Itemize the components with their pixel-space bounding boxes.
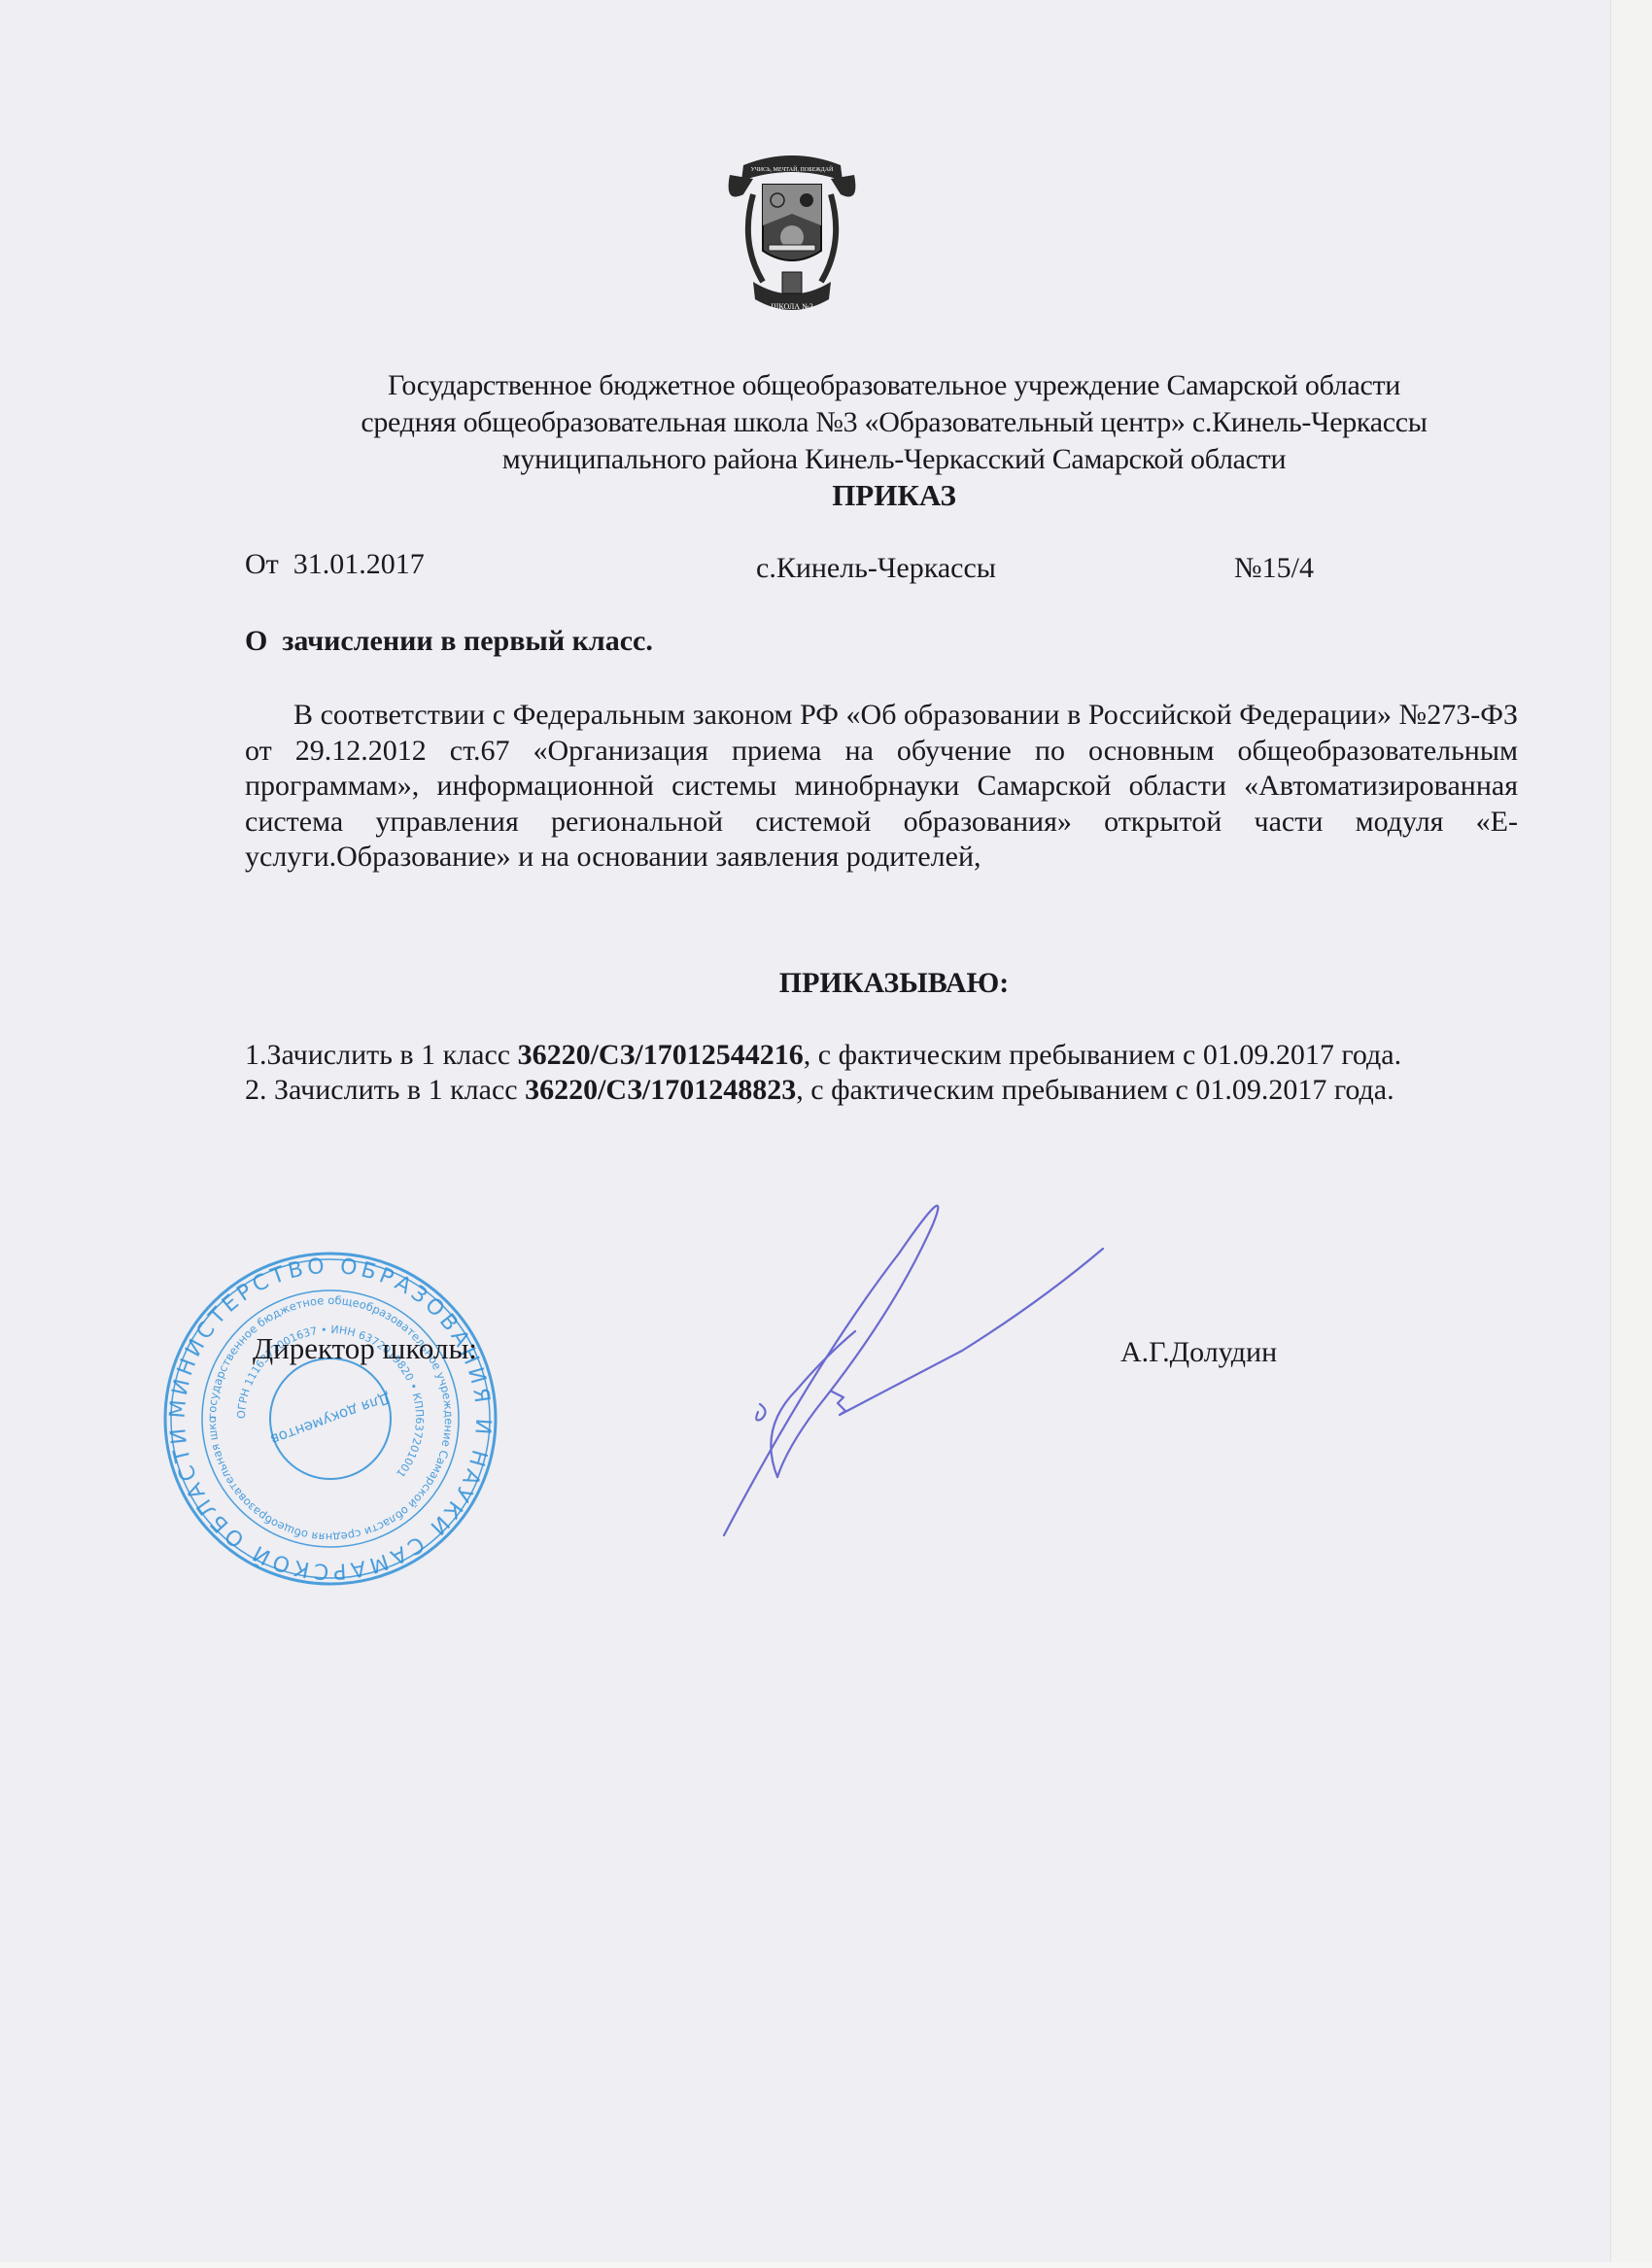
application-code: 36220/СЗ/1701248823	[525, 1074, 796, 1106]
official-stamp-icon: МИНИСТЕРСТВО ОБРАЗОВАНИЯ И НАУКИ САМАРСК…	[160, 1249, 500, 1589]
org-line: средняя общеобразовательная школа №3 «Об…	[262, 404, 1526, 441]
order-date: От 31.01.2017	[245, 548, 425, 581]
order-item: 2. Зачислить в 1 класс 36220/СЗ/17012488…	[245, 1073, 1528, 1108]
application-code: 36220/СЗ/17012544216	[518, 1039, 804, 1071]
org-line: Государственное бюджетное общеобразовате…	[262, 367, 1526, 404]
svg-text:ШКОЛА №3: ШКОЛА №3	[771, 302, 812, 311]
item-prefix: 2. Зачислить в 1 класс	[245, 1074, 525, 1106]
order-item: 1.Зачислить в 1 класс 36220/СЗ/170125442…	[245, 1038, 1528, 1073]
item-prefix: 1.Зачислить в 1 класс	[245, 1039, 518, 1071]
order-title: ПРИКАЗ	[262, 478, 1526, 513]
document-page: УЧИСЬ, МЕЧТАЙ, ПОБЕЖДАЙ ШКОЛА №3 Государ…	[0, 0, 1610, 2262]
scan-edge-bottom	[0, 2262, 1652, 2268]
decree-heading: ПРИКАЗЫВАЮ:	[262, 967, 1526, 1000]
director-name: А.Г.Долудин	[1120, 1336, 1277, 1369]
order-number: №15/4	[1234, 552, 1314, 585]
order-subject: О зачислении в первый класс.	[245, 625, 653, 658]
org-line: муниципального района Кинель-Черкасский …	[262, 441, 1526, 478]
organization-header: Государственное бюджетное общеобразовате…	[262, 367, 1526, 478]
item-suffix: , с фактическим пребыванием с 01.09.2017…	[804, 1039, 1401, 1071]
director-title: Директор школы:	[253, 1331, 477, 1366]
order-preamble: В соответствии с Федеральным законом РФ …	[245, 698, 1518, 876]
order-place: с.Кинель-Черкассы	[756, 552, 996, 585]
item-suffix: , с фактическим пребыванием с 01.09.2017…	[796, 1074, 1394, 1106]
order-items: 1.Зачислить в 1 класс 36220/СЗ/170125442…	[245, 1038, 1528, 1108]
svg-text:УЧИСЬ, МЕЧТАЙ, ПОБЕЖДАЙ: УЧИСЬ, МЕЧТАЙ, ПОБЕЖДАЙ	[751, 165, 834, 173]
svg-text:Для документов: Для документов	[268, 1389, 393, 1448]
school-crest-icon: УЧИСЬ, МЕЧТАЙ, ПОБЕЖДАЙ ШКОЛА №3	[714, 136, 870, 330]
scan-edge-right	[1610, 0, 1652, 2268]
handwritten-signature-icon	[700, 1186, 1127, 1555]
